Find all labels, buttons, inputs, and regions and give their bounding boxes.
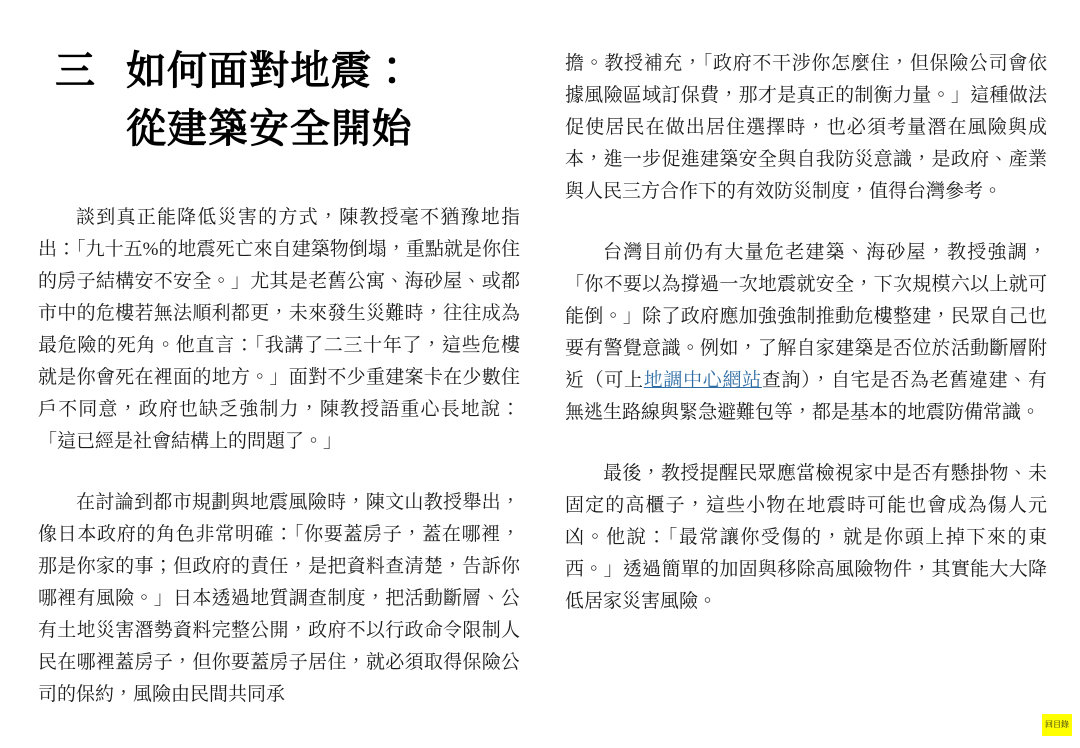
- page-title: 三 如何面對地震： 從建築安全開始: [55, 42, 413, 158]
- paragraph-building-safety: 談到真正能降低災害的方式，陳教授毫不猶豫地指出：「九十五%的地震死亡來自建築物倒…: [38, 202, 520, 458]
- title-line-2: 從建築安全開始: [126, 100, 413, 158]
- paragraph-home-hazards: 最後，教授提醒民眾應當檢視家中是否有懸掛物、未固定的高櫃子，這些小物在地震時可能…: [565, 458, 1047, 618]
- back-to-toc-button[interactable]: 回目錄: [1042, 714, 1072, 736]
- paragraph-taiwan-risk-before-link: 台灣目前仍有大量危老建築、海砂屋，教授強調，「你不要以為撐過一次地震就安全，下次…: [565, 242, 1047, 391]
- left-column: 談到真正能降低災害的方式，陳教授毫不猶豫地指出：「九十五%的地震死亡來自建築物倒…: [38, 202, 520, 711]
- section-number: 三: [55, 42, 96, 100]
- title-lines: 如何面對地震： 從建築安全開始: [126, 42, 413, 158]
- paragraph-urban-planning: 在討論到都市規劃與地震風險時，陳文山教授舉出，像日本政府的角色非常明確：「你要蓋…: [38, 487, 520, 711]
- geology-survey-center-link[interactable]: 地調中心網站: [644, 370, 762, 391]
- paragraph-insurance-balance: 擔。教授補充，「政府不干涉你怎麼住，但保險公司會依據風險區域訂保費，那才是真正的…: [565, 48, 1047, 208]
- right-column: 擔。教授補充，「政府不干涉你怎麼住，但保險公司會依據風險區域訂保費，那才是真正的…: [565, 48, 1047, 618]
- title-line-1: 如何面對地震：: [126, 42, 413, 100]
- paragraph-taiwan-risk: 台灣目前仍有大量危老建築、海砂屋，教授強調，「你不要以為撐過一次地震就安全，下次…: [565, 237, 1047, 429]
